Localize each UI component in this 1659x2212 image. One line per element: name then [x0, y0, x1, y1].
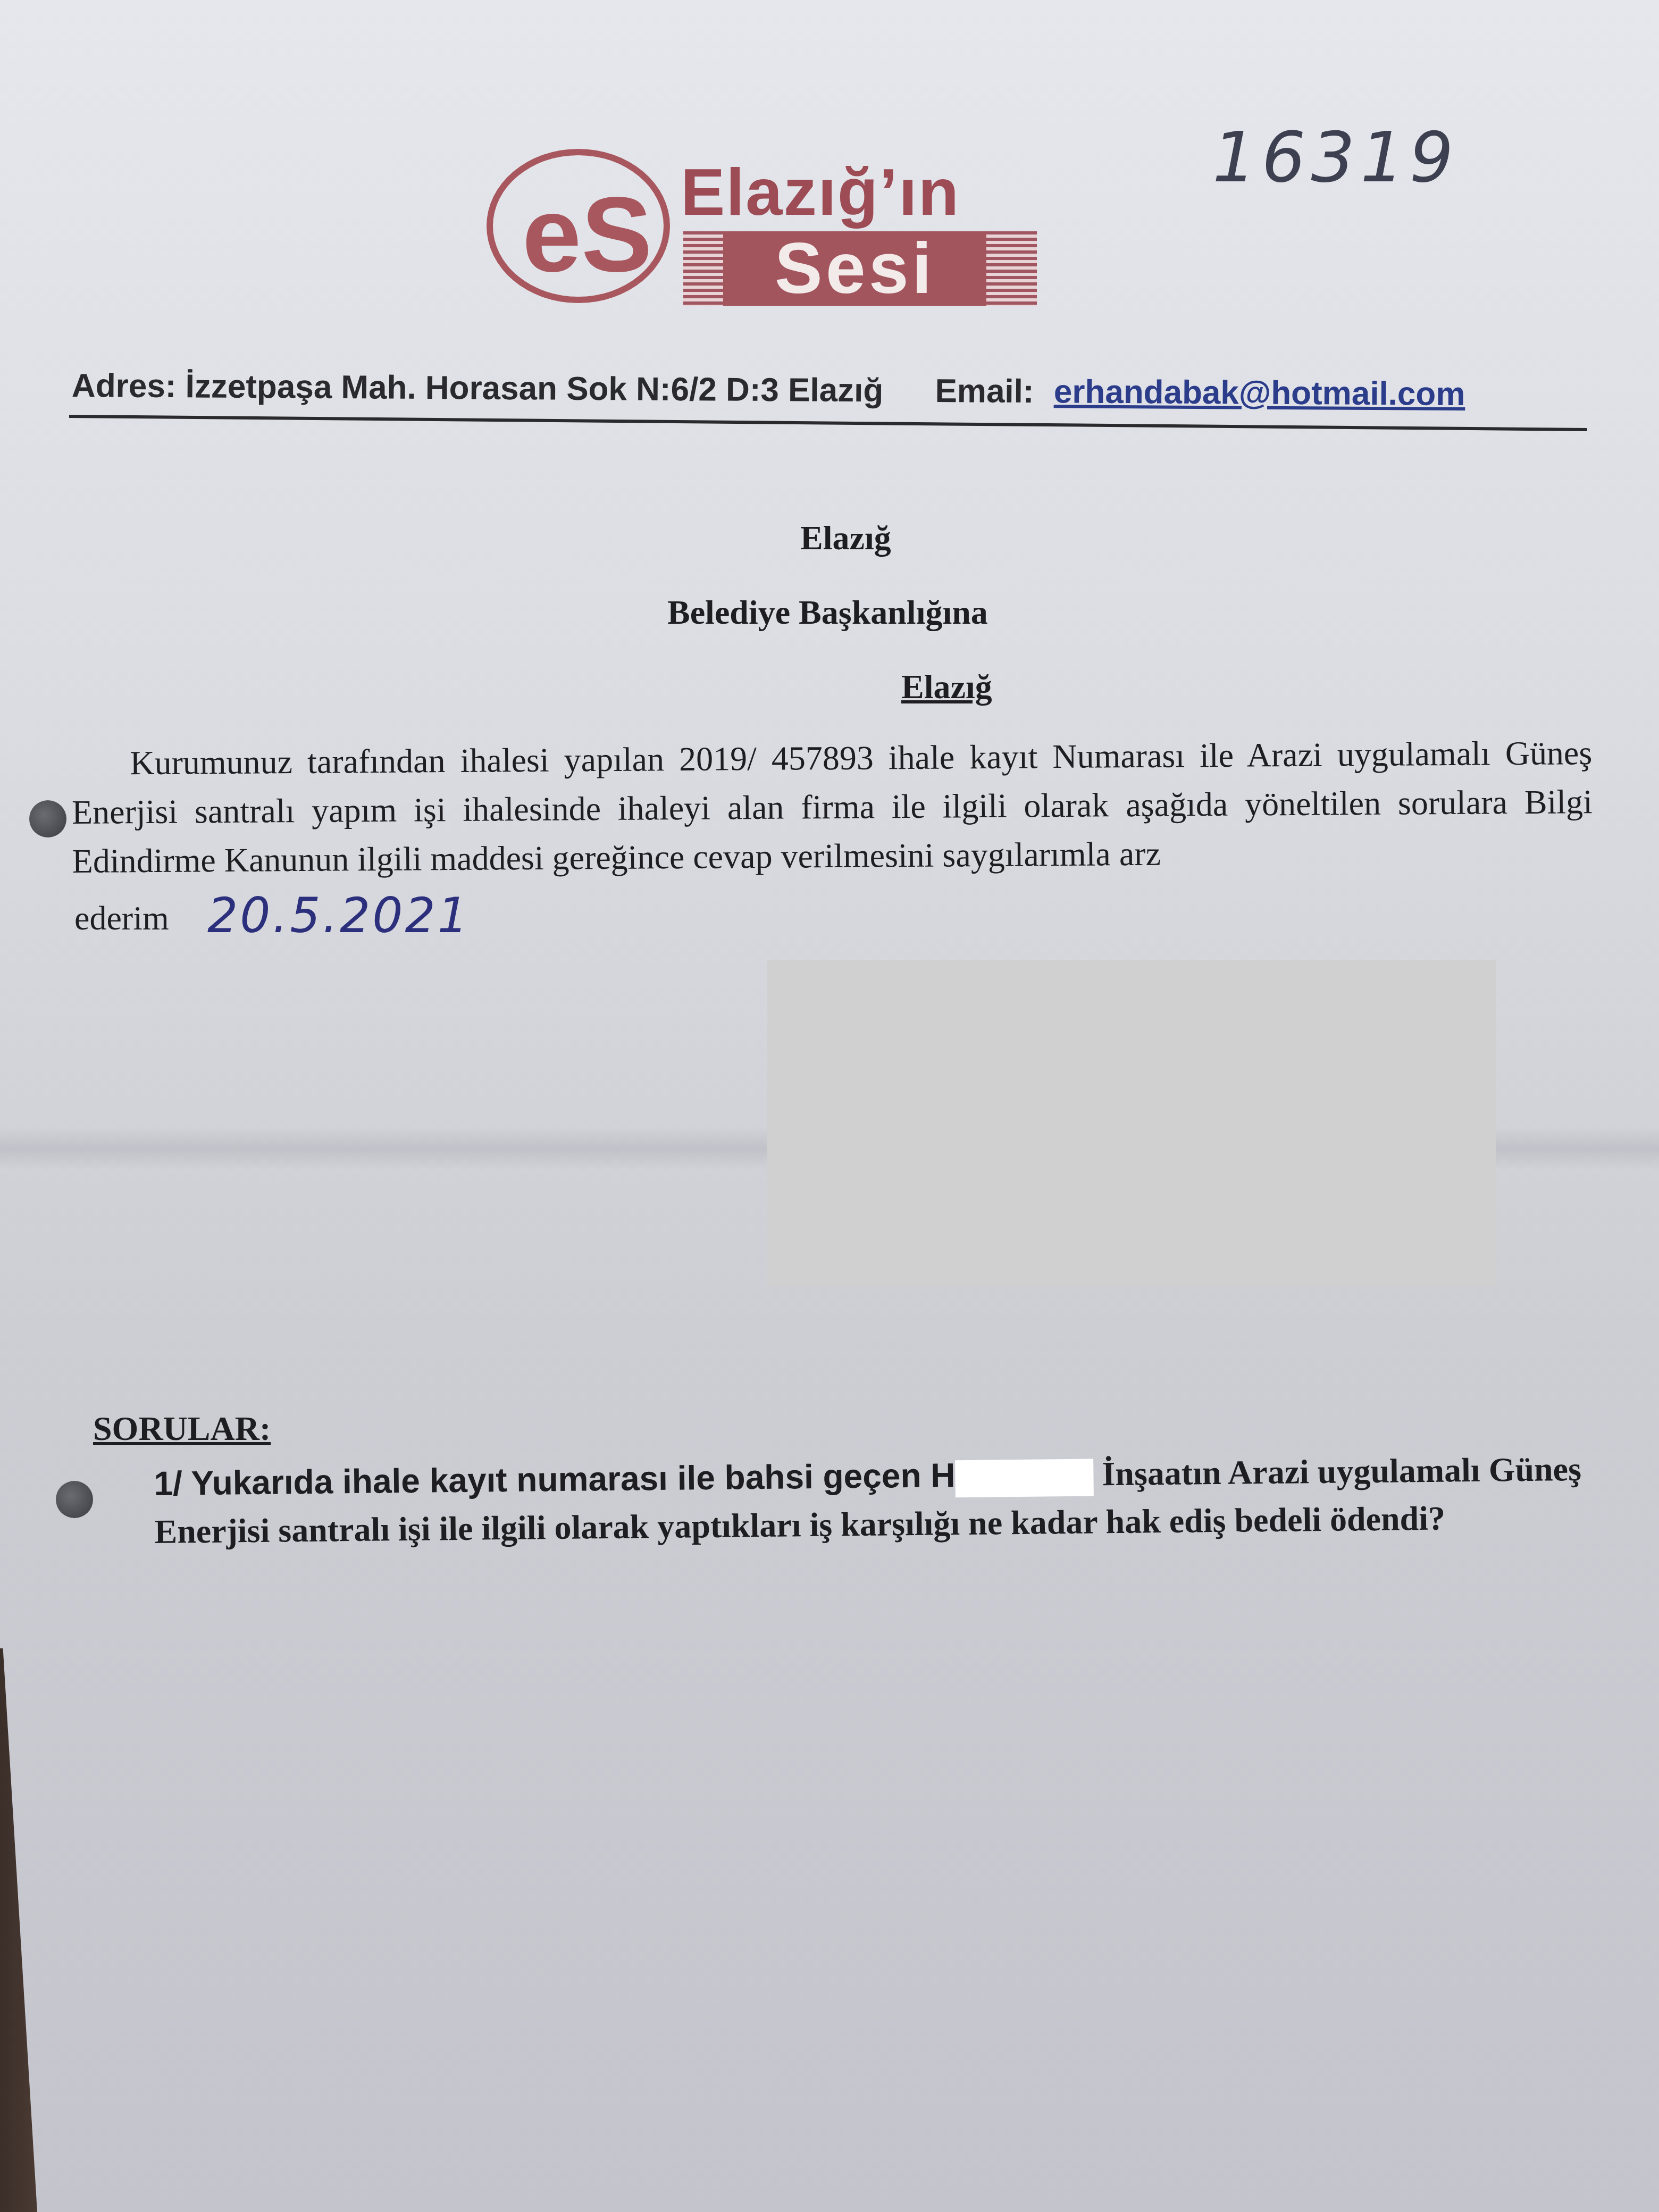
- closing-word: ederim: [74, 899, 169, 938]
- question-item: 1/ Yukarıda ihale kayıt numarası ile bah…: [154, 1444, 1622, 1556]
- redacted-signature-area: [767, 960, 1496, 1286]
- letterhead-logo: eS Elazığ’ın Sesi: [487, 144, 1045, 319]
- recipient-city: Elazığ: [800, 518, 891, 558]
- recipient-city-underlined: Elazığ: [901, 667, 992, 707]
- address-text: Adres: İzzetpaşa Mah. Horasan Sok N:6/2 …: [72, 367, 884, 409]
- logo-subtitle: Sesi: [723, 231, 986, 306]
- punch-hole-icon: [29, 800, 66, 837]
- desk-background: [0, 1648, 37, 2212]
- logo-band: Sesi: [683, 231, 1037, 306]
- handwritten-registry-number: 16319: [1212, 117, 1459, 198]
- logo-title: Elazığ’ın: [681, 154, 960, 230]
- redacted-company-name: [955, 1459, 1094, 1498]
- letterhead-address-bar: Adres: İzzetpaşa Mah. Horasan Sok N:6/2 …: [72, 367, 1587, 414]
- email-label: Email:: [935, 373, 1034, 410]
- email-link[interactable]: erhandabak@hotmail.com: [1054, 373, 1465, 413]
- recipient-office: Belediye Başkanlığına: [667, 593, 988, 632]
- logo-emblem-icon: eS: [487, 149, 670, 303]
- questions-title: SORULAR:: [93, 1409, 271, 1448]
- punch-hole-icon: [56, 1481, 93, 1518]
- header-divider: [69, 415, 1587, 431]
- question-lead: 1/ Yukarıda ihale kayıt numarası ile bah…: [154, 1456, 956, 1503]
- logo-monogram: eS: [522, 182, 652, 288]
- letter-body: Kurumunuz tarafından ihalesi yapılan 201…: [71, 728, 1593, 886]
- handwritten-date: 20.5.2021: [207, 888, 470, 944]
